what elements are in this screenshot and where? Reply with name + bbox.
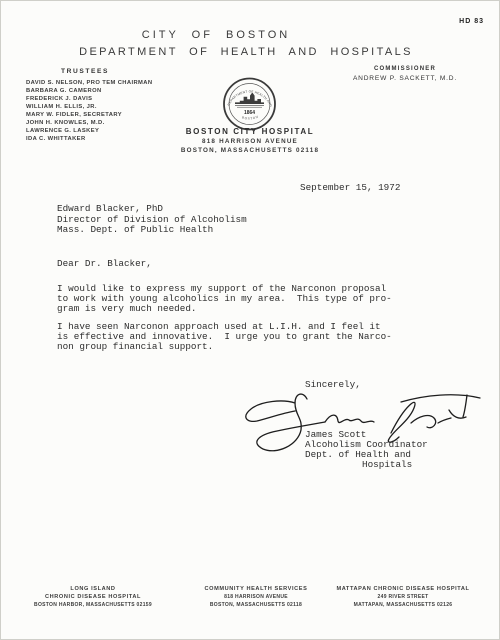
commissioner-name: ANDREW P. SACKETT, M.D. <box>324 75 486 82</box>
footer-mattapan: MATTAPAN CHRONIC DISEASE HOSPITAL 249 RI… <box>336 585 470 609</box>
body-paragraph-1: I would like to express my support of th… <box>57 284 392 314</box>
footer-line: 249 RIVER STREET <box>336 593 470 601</box>
footer-line: CHRONIC DISEASE HOSPITAL <box>30 593 156 601</box>
trustee-name: DAVID S. NELSON, PRO TEM CHAIRMAN <box>26 79 156 87</box>
footer-community-health: COMMUNITY HEALTH SERVICES 818 HARRISON A… <box>196 585 316 609</box>
footer-line: MATTAPAN, MASSACHUSETTS 02126 <box>336 601 470 609</box>
trustee-name: WILLIAM H. ELLIS, JR. <box>26 103 156 111</box>
footer-line: 818 HARRISON AVENUE <box>196 593 316 601</box>
recipient-org: Mass. Dept. of Public Health <box>57 225 247 236</box>
footer-line: COMMUNITY HEALTH SERVICES <box>196 585 316 593</box>
trustee-name: JOHN H. KNOWLES, M.D. <box>26 119 156 127</box>
footer-line: BOSTON, MASSACHUSETTS 02118 <box>196 601 316 609</box>
footer-line: BOSTON HARBOR, MASSACHUSETTS 02159 <box>30 601 156 609</box>
trustees-heading: TRUSTEES <box>26 68 144 75</box>
footer-line: MATTAPAN CHRONIC DISEASE HOSPITAL <box>336 585 470 593</box>
commissioner-heading: COMMISSIONER <box>324 66 486 72</box>
footer-long-island: LONG ISLAND CHRONIC DISEASE HOSPITAL BOS… <box>30 585 156 609</box>
letterhead-city: CITY OF BOSTON <box>0 29 432 41</box>
hospital-name: BOSTON CITY HOSPITAL <box>0 127 500 136</box>
document-code: HD 83 <box>459 18 484 25</box>
seal-year: 1864 <box>244 110 255 116</box>
trustee-name: MARY W. FIDLER, SECRETARY <box>26 111 156 119</box>
trustee-name: FREDERICK J. DAVIS <box>26 95 156 103</box>
letterhead-department: DEPARTMENT OF HEALTH AND HOSPITALS <box>0 46 492 58</box>
letter-date: September 15, 1972 <box>300 182 400 193</box>
recipient-name: Edward Blacker, PhD <box>57 204 247 215</box>
signer-dept-line2: Hospitals <box>362 459 412 470</box>
letter-page: HD 83 CITY OF BOSTON DEPARTMENT OF HEALT… <box>0 0 500 640</box>
city-seal-icon: DEPARTMENT OF HEALTH AND HOSPITALS BOSTO… <box>221 77 278 132</box>
commissioner-block: COMMISSIONER ANDREW P. SACKETT, M.D. <box>324 66 486 82</box>
recipient-block: Edward Blacker, PhD Director of Division… <box>57 204 247 236</box>
hospital-address: 818 HARRISON AVENUE <box>0 138 500 145</box>
body-paragraph-2: I have seen Narconon approach used at L.… <box>57 322 392 352</box>
salutation: Dear Dr. Blacker, <box>57 258 152 269</box>
trustee-name: BARBARA G. CAMERON <box>26 87 156 95</box>
footer-line: LONG ISLAND <box>30 585 156 593</box>
hospital-city: BOSTON, MASSACHUSETTS 02118 <box>0 147 500 154</box>
